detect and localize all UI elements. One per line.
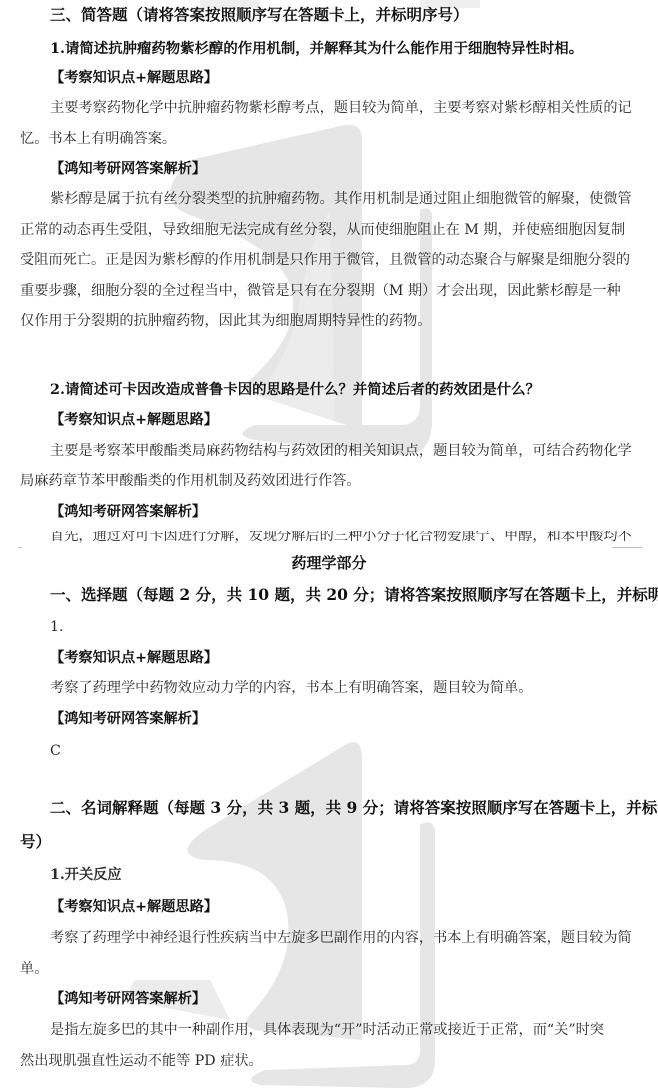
knowledge-label: 【考察知识点+解题思路】 [50, 648, 218, 668]
section-heading-term-explanation: 二、名词解释题（每题 3 分，共 3 题，共 9 分；请将答案按照顺序写在答题卡… [50, 798, 658, 818]
knowledge-text-line: 单。 [20, 959, 48, 979]
clipped-answer-line: 首先，通过对可卡因进行分解，发现分解后的三种小分子化合物爱康宁、甲醇，和苯甲酸均… [0, 531, 658, 543]
upper-page-fragment: 三、简答题（请将答案按照顺序写在答题卡上，并标明序号） 1.请简述抗肿瘤药物紫杉… [0, 0, 658, 545]
term-1: 1.开关反应 [50, 865, 122, 885]
answer-text-line: 是指左旋多巴的其中一种副作用，具体表现为“开”时活动正常或接近于正常，而“关”时… [50, 1020, 604, 1040]
answer-label: 【鸿知考研网答案解析】 [50, 989, 206, 1009]
question-2: 2.请简述可卡因改造成普鲁卡因的思路是什么？并简述后者的药效团是什么？ [50, 380, 540, 400]
answer-label: 【鸿知考研网答案解析】 [50, 159, 206, 179]
answer-text-line-clipped: 首先，通过对可卡因进行分解，发现分解后的三种小分子化合物爱康宁、甲醇，和苯甲酸均… [50, 531, 632, 543]
knowledge-text-line: 考察了药理学中药物效应动力学的内容，书本上有明确答案，题目较为简单。 [50, 678, 532, 698]
section-heading-short-answer: 三、简答题（请将答案按照顺序写在答题卡上，并标明序号） [50, 5, 469, 25]
knowledge-text-line: 考察了药理学中神经退行性疾病当中左旋多巴副作用的内容，书本上有明确答案，题目较为… [50, 928, 632, 948]
knowledge-text-line: 主要考察药物化学中抗肿瘤药物紫杉醇考点，题目较为简单，主要考察对紫杉醇相关性质的… [50, 98, 632, 118]
answer-text-line: 仅作用于分裂期的抗肿瘤药物，因此其为细胞周期特异性的药物。 [20, 311, 431, 331]
knowledge-text-line: 主要是考察苯甲酸酯类局麻药物结构与药效团的相关知识点，题目较为简单，可结合药物化… [50, 441, 632, 461]
knowledge-label: 【考察知识点+解题思路】 [50, 410, 218, 430]
answer-text-line: 正常的动态再生受阻，导致细胞无法完成有丝分裂，从而使细胞阻止在 M 期，并使癌细… [20, 220, 625, 240]
answer-label: 【鸿知考研网答案解析】 [50, 709, 206, 729]
question-number: 1. [50, 617, 64, 637]
answer-choice: C [50, 741, 61, 761]
section-heading-term-explanation-cont: 号） [20, 832, 51, 852]
answer-text-line: 然出现肌强直性运动不能等 PD 症状。 [20, 1051, 263, 1071]
knowledge-text-line: 局麻药章节苯甲酸酯类的作用机制及药效团进行作答。 [20, 471, 361, 491]
answer-text-line: 重要步骤，细胞分裂的全过程当中，微管是只有在分裂期（M 期）才会出现，因此紫杉醇… [20, 281, 621, 301]
section-heading-multiple-choice: 一、选择题（每题 2 分，共 10 题，共 20 分；请将答案按照顺序写在答题卡… [50, 585, 658, 605]
lower-page-fragment: 药理学部分 一、选择题（每题 2 分，共 10 题，共 20 分；请将答案按照顺… [0, 545, 658, 1090]
knowledge-label: 【考察知识点+解题思路】 [50, 68, 218, 88]
part-title-pharmacology: 药理学部分 [0, 553, 658, 573]
question-1: 1.请简述抗肿瘤药物紫杉醇的作用机制，并解释其为什么能作用于细胞特异性时相。 [50, 39, 583, 59]
answer-label: 【鸿知考研网答案解析】 [50, 502, 206, 522]
answer-text-line: 受阻而死亡。正是因为紫杉醇的作用机制是只作用于微管，且微管的动态聚合与解聚是细胞… [20, 250, 630, 270]
answer-text-line: 紫杉醇是属于抗有丝分裂类型的抗肿瘤药物。其作用机制是通过阻止细胞微管的解聚，使微… [50, 189, 632, 209]
knowledge-label: 【考察知识点+解题思路】 [50, 897, 218, 917]
knowledge-text-line: 忆。书本上有明确答案。 [20, 129, 176, 149]
